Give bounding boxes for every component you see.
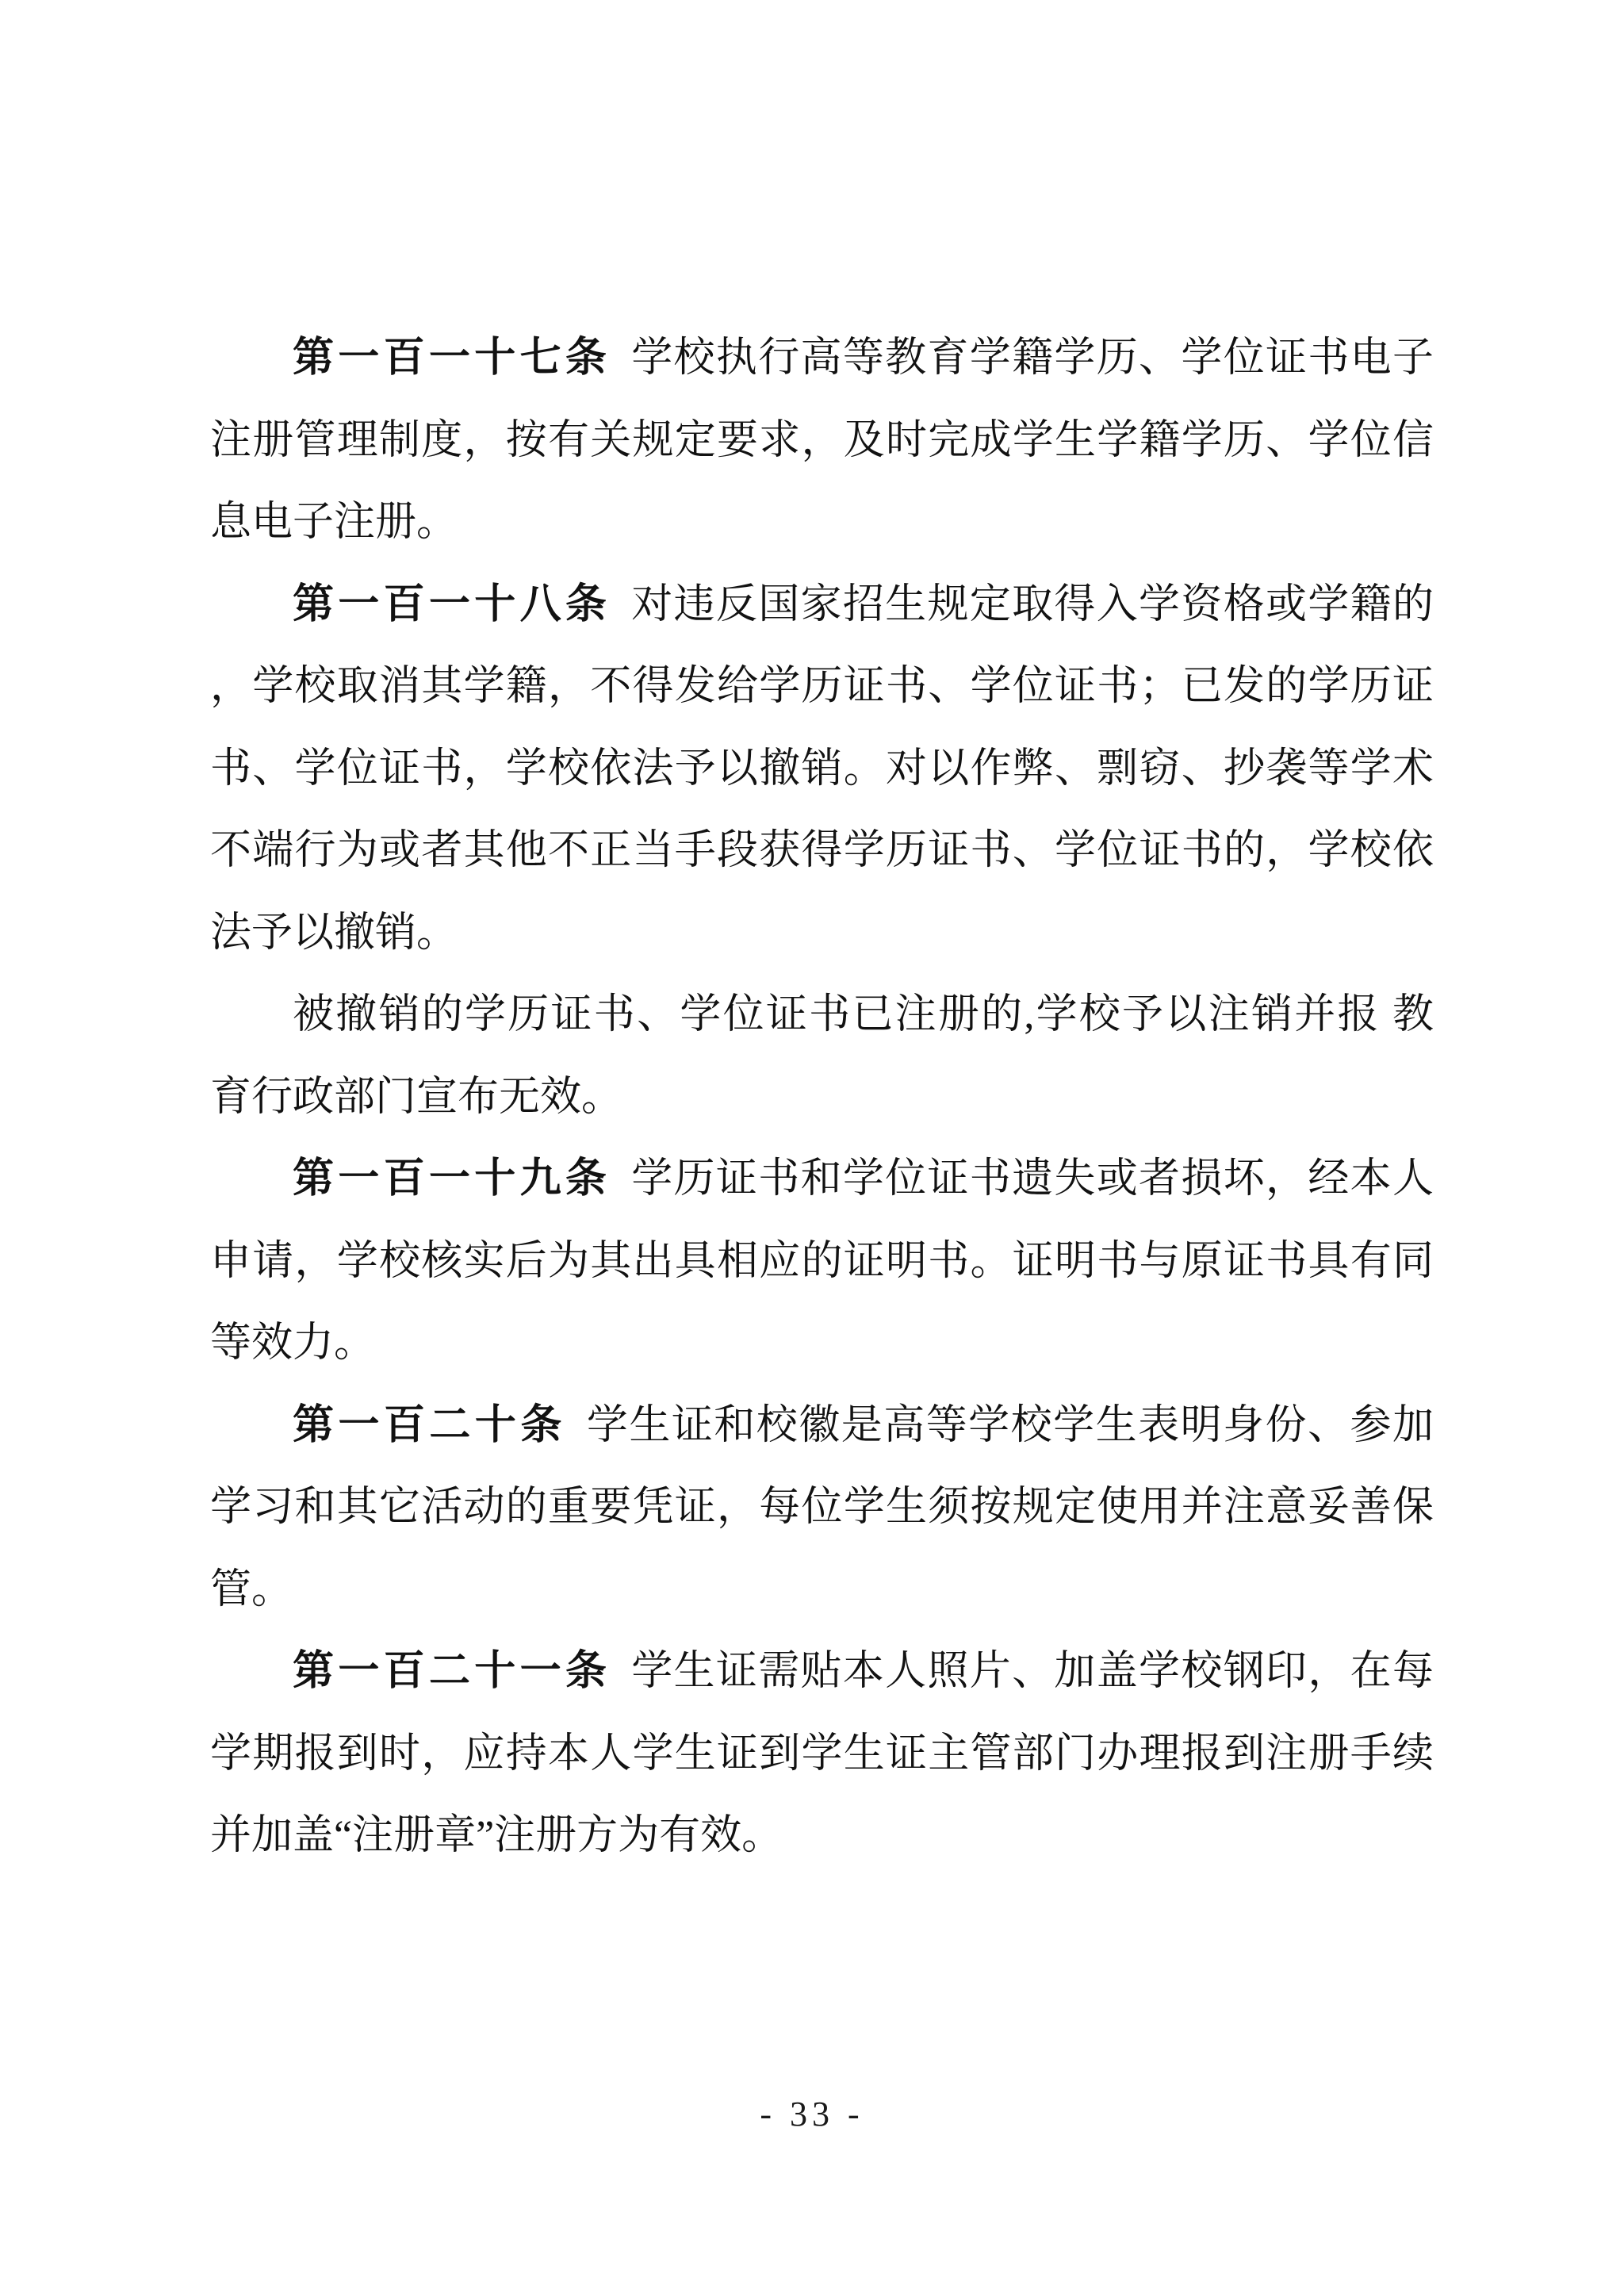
text-line: 被撤销的学历证书、学位证书已注册的,学校予以注销并报 教 xyxy=(210,974,1434,1056)
article-number: 第一百一十九条 xyxy=(293,1156,611,1202)
article-number: 第一百一十七条 xyxy=(293,335,611,381)
article-number: 第一百一十八条 xyxy=(293,582,611,627)
line-text: 法予以撤销。 xyxy=(210,910,458,956)
text-line: 并加盖“注册章”注册方为有效。 xyxy=(210,1795,1434,1877)
text-line: 等效力。 xyxy=(210,1302,1434,1385)
line-text: 管。 xyxy=(210,1567,293,1612)
line-text: 息电子注册。 xyxy=(210,500,458,545)
line-text: 学习和其它活动的重要凭证，每位学生须按规定使用并注意妥善保 xyxy=(210,1485,1434,1530)
line-text: 注册管理制度，按有关规定要求，及时完成学生学籍学历、学位信 xyxy=(210,418,1434,463)
line-text: 学期报到时，应持本人学生证到学生证主管部门办理报到注册手续 xyxy=(210,1731,1434,1777)
line-text: 学校执行高等教育学籍学历、学位证书电子 xyxy=(631,335,1434,381)
line-text: 申请，学校核实后为其出具相应的证明书。证明书与原证书具有同 xyxy=(210,1239,1434,1284)
page-number: - 33 - xyxy=(760,2095,864,2133)
line-text: 并加盖“注册章”注册方为有效。 xyxy=(210,1813,783,1858)
text-line: 学习和其它活动的重要凭证，每位学生须按规定使用并注意妥善保 xyxy=(210,1466,1434,1549)
line-text: 学生证需贴本人照片、加盖学校钢印，在每 xyxy=(631,1649,1434,1694)
article-line: 第一百二十一条学生证需贴本人照片、加盖学校钢印，在每 xyxy=(210,1631,1434,1713)
line-text: ，学校取消其学籍，不得发给学历证书、学位证书；已发的学历证 xyxy=(210,664,1434,709)
document-body: 第一百一十七条学校执行高等教育学籍学历、学位证书电子注册管理制度，按有关规定要求… xyxy=(210,317,1434,1877)
article-number: 第一百二十条 xyxy=(293,1403,566,1448)
document-page: 第一百一十七条学校执行高等教育学籍学历、学位证书电子注册管理制度，按有关规定要求… xyxy=(0,0,1624,2296)
line-text: 育行政部门宣布无效。 xyxy=(210,1075,622,1120)
text-line: 育行政部门宣布无效。 xyxy=(210,1056,1434,1139)
article-line: 第一百二十条学生证和校徽是高等学校学生表明身份、参加 xyxy=(210,1385,1434,1467)
text-line: 不端行为或者其他不正当手段获得学历证书、学位证书的，学校依 xyxy=(210,810,1434,892)
text-line: 法予以撤销。 xyxy=(210,892,1434,975)
text-line: ，学校取消其学籍，不得发给学历证书、学位证书；已发的学历证 xyxy=(210,646,1434,728)
text-line: 书、学位证书，学校依法予以撤销。对以作弊、剽窃、抄袭等学术 xyxy=(210,728,1434,811)
text-line: 学期报到时，应持本人学生证到学生证主管部门办理报到注册手续 xyxy=(210,1713,1434,1796)
text-line: 息电子注册。 xyxy=(210,481,1434,564)
line-text: 被撤销的学历证书、学位证书已注册的,学校予以注销并报 教 xyxy=(293,992,1434,1037)
line-text: 书、学位证书，学校依法予以撤销。对以作弊、剽窃、抄袭等学术 xyxy=(210,746,1434,792)
line-text: 学历证书和学位证书遗失或者损坏，经本人 xyxy=(631,1156,1434,1202)
article-line: 第一百一十八条对违反国家招生规定取得入学资格或学籍的 xyxy=(210,564,1434,646)
line-text: 学生证和校徽是高等学校学生表明身份、参加 xyxy=(587,1403,1434,1448)
text-line: 注册管理制度，按有关规定要求，及时完成学生学籍学历、学位信 xyxy=(210,400,1434,482)
page-footer: - 33 - xyxy=(0,2094,1624,2134)
text-line: 申请，学校核实后为其出具相应的证明书。证明书与原证书具有同 xyxy=(210,1221,1434,1303)
article-line: 第一百一十九条学历证书和学位证书遗失或者损坏，经本人 xyxy=(210,1138,1434,1221)
line-text: 等效力。 xyxy=(210,1320,375,1366)
article-number: 第一百二十一条 xyxy=(293,1649,611,1694)
text-line: 管。 xyxy=(210,1549,1434,1631)
line-text: 对违反国家招生规定取得入学资格或学籍的 xyxy=(631,582,1434,627)
article-line: 第一百一十七条学校执行高等教育学籍学历、学位证书电子 xyxy=(210,317,1434,400)
line-text: 不端行为或者其他不正当手段获得学历证书、学位证书的，学校依 xyxy=(210,828,1434,873)
